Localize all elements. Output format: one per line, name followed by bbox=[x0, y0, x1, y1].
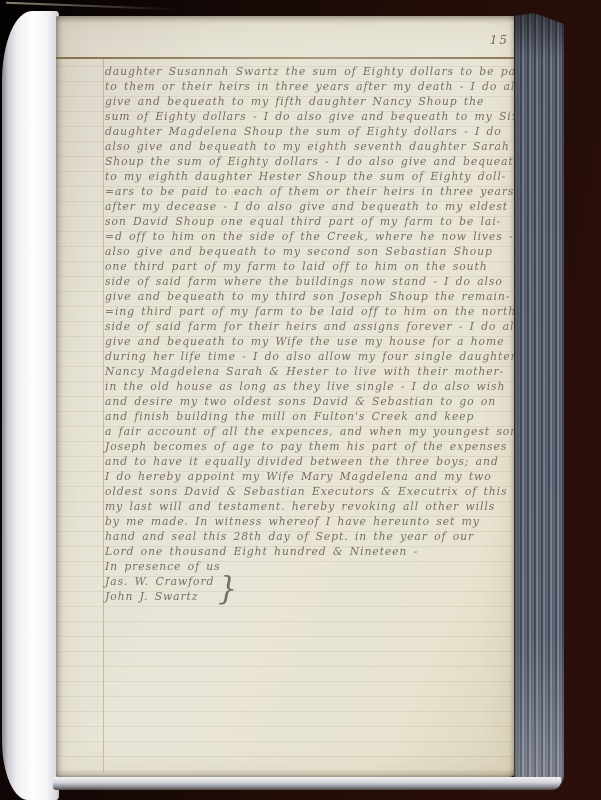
witness-brace: } bbox=[218, 571, 237, 608]
text-line: by me made. In witness whereof I have he… bbox=[105, 514, 516, 529]
text-line: =ing third part of my farm to be laid of… bbox=[105, 304, 516, 319]
text-line: give and bequeath to my Wife the use my … bbox=[105, 334, 516, 349]
text-line: =d off to him on the side of the Creek, … bbox=[105, 229, 516, 244]
handwritten-text: daughter Susannah Swartz the sum of Eigh… bbox=[105, 64, 516, 604]
text-line: daughter Susannah Swartz the sum of Eigh… bbox=[105, 64, 516, 79]
text-line: Lord one thousand Eight hundred & Ninete… bbox=[105, 544, 516, 559]
text-line: after my decease - I do also give and be… bbox=[105, 199, 516, 214]
text-line: to them or their heirs in three years af… bbox=[105, 79, 516, 94]
page-number: 15 bbox=[490, 33, 509, 47]
text-line: a fair account of all the expences, and … bbox=[105, 424, 516, 439]
text-line: In presence of us bbox=[105, 559, 516, 574]
text-line: and desire my two oldest sons David & Se… bbox=[105, 394, 516, 409]
text-line: and to have it equally divided between t… bbox=[105, 454, 516, 469]
text-line: Jas. W. Crawford bbox=[105, 574, 516, 589]
margin-rule-line bbox=[103, 58, 104, 772]
text-line: side of said farm for their heirs and as… bbox=[105, 319, 516, 334]
text-line: John J. Swartz bbox=[105, 589, 516, 604]
text-line: one third part of my farm to laid off to… bbox=[105, 259, 516, 274]
text-line: side of said farm where the buildings no… bbox=[105, 274, 516, 289]
book-photo: 15 daughter Susannah Swartz the sum of E… bbox=[0, 0, 601, 800]
text-line: son David Shoup one equal third part of … bbox=[105, 214, 516, 229]
text-line: daughter Magdelena Shoup the sum of Eigh… bbox=[105, 124, 516, 139]
ledger-page: 15 daughter Susannah Swartz the sum of E… bbox=[56, 16, 516, 777]
top-rule-line bbox=[56, 57, 516, 59]
text-line: Nancy Magdelena Sarah & Hester to live w… bbox=[105, 364, 516, 379]
text-line: oldest sons David & Sebastian Executors … bbox=[105, 484, 516, 499]
facing-page-curl bbox=[2, 11, 59, 800]
text-line: Joseph becomes of age to pay them his pa… bbox=[105, 439, 516, 454]
text-line: give and bequeath to my third son Joseph… bbox=[105, 289, 516, 304]
text-line: Shoup the sum of Eighty dollars - I do a… bbox=[105, 154, 516, 169]
cover-edge-highlight bbox=[6, 2, 176, 11]
text-line: and finish building the mill on Fulton's… bbox=[105, 409, 516, 424]
text-line: my last will and testament. hereby revok… bbox=[105, 499, 516, 514]
text-line: during her life time - I do also allow m… bbox=[105, 349, 516, 364]
text-line: hand and seal this 28th day of Sept. in … bbox=[105, 529, 516, 544]
text-line: give and bequeath to my fifth daughter N… bbox=[105, 94, 516, 109]
text-line: also give and bequeath to my second son … bbox=[105, 244, 516, 259]
text-line: in the old house as long as they live si… bbox=[105, 379, 516, 394]
bottom-page-edge bbox=[53, 777, 561, 790]
text-line: I do hereby appoint my Wife Mary Magdele… bbox=[105, 469, 516, 484]
text-line: to my eighth daughter Hester Shoup the s… bbox=[105, 169, 516, 184]
text-line: sum of Eighty dollars - I do also give a… bbox=[105, 109, 516, 124]
page-edge-stack bbox=[514, 13, 564, 789]
text-line: also give and bequeath to my eighth seve… bbox=[105, 139, 516, 154]
text-line: =ars to be paid to each of them or their… bbox=[105, 184, 516, 199]
